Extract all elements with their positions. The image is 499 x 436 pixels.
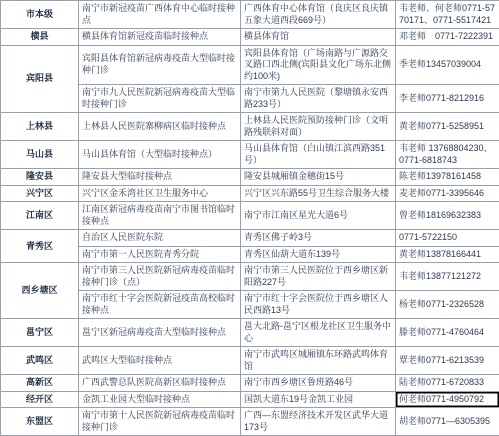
contact-cell: 杨老师0771-2326528 [396, 291, 499, 319]
table-row: 西乡塘区南宁市第三人民医院新冠病毒疫苗临时接种门诊（点）南宁市第三人民医院位于西… [1, 263, 499, 291]
district-cell: 西乡塘区 [1, 263, 79, 319]
table-row: 上林县上林县人民医院寨柳病区临时接种点上林县人民医院预防接种门诊（文明路残联斜对… [1, 113, 499, 141]
table-row: 经开区金凯工业园大型临时接种点国凯大道东19号金凯工业园何老师0771-4950… [1, 391, 499, 408]
site-cell: 南宁市第十人民医院新冠病毒疫苗临时接种门诊 [79, 408, 241, 436]
contact-cell: 季老师13457039004 [396, 45, 499, 85]
table-row: 市本级南宁市新冠疫苗广西体育中心临时接种点广西体育中心体育馆（良庆区良庆镇五象大… [1, 1, 499, 29]
address-cell: 邕大北路-邕宁区根龙社区卫生服务中心 [241, 319, 396, 347]
table-row: 青秀区自治区人民医院东院青秀区佛子岭3号0771-5722150 [1, 230, 499, 247]
sites-table-body: 市本级南宁市新冠疫苗广西体育中心临时接种点广西体育中心体育馆（良庆区良庆镇五象大… [1, 1, 499, 436]
site-cell: 宾阳县体育馆新冠病毒疫苗大型临时接种门诊 [79, 45, 241, 85]
contact-cell: 韦老师、何老师0771-5770171、0771-5517421 [396, 1, 499, 29]
district-cell: 青秀区 [1, 230, 79, 263]
contact-cell: 黄老师0771-5258951 [396, 113, 499, 141]
table-row: 马山县马山县体育馆（大型临时接种点）马山县体育馆（白山镇江滨西路351号）韦老师… [1, 141, 499, 169]
site-cell: 横县体育馆新冠疫苗临时接种点 [79, 29, 241, 46]
address-cell: 青秀区佛子岭3号 [241, 230, 396, 247]
contact-cell: 麦老师0771-3395646 [396, 185, 499, 202]
address-cell: 南宁市第九人民医院（黎塘镇永安西路233号） [241, 85, 396, 113]
contact-cell: 何老师0771-4950792 [396, 391, 499, 408]
address-cell: 南宁市江南区星光大道6号 [241, 202, 396, 230]
site-cell: 隆安县大型临时接种点 [79, 169, 241, 186]
district-cell: 马山县 [1, 141, 79, 169]
site-cell: 武鸣区大型临时接种点 [79, 347, 241, 375]
contact-cell: 李老师0771-8212916 [396, 85, 499, 113]
address-cell: 马山县体育馆（白山镇江滨西路351号） [241, 141, 396, 169]
site-cell: 南宁市新冠疫苗广西体育中心临时接种点 [79, 1, 241, 29]
site-cell: 上林县人民医院寨柳病区临时接种点 [79, 113, 241, 141]
district-cell: 横县 [1, 29, 79, 46]
site-cell: 南宁市第一人民医院青秀分院 [79, 246, 241, 263]
site-cell: 邕宁区新冠病毒疫苗大型临时接种点 [79, 319, 241, 347]
site-cell: 南宁市九人民医院新冠病毒疫苗大型临时接种门诊 [79, 85, 241, 113]
address-cell: 南宁市红十字会医院位于西乡塘区人民西路13号 [241, 291, 396, 319]
contact-cell: 滕老师0771-4760464 [396, 319, 499, 347]
address-cell: 隆安县城厢镇金穗街15号 [241, 169, 396, 186]
contact-cell: 韦老师 13768804230、0771-6818743 [396, 141, 499, 169]
table-row: 武鸣区武鸣区大型临时接种点南宁市武鸣区城厢镇东环路武鸣体育馆覃老师0771-62… [1, 347, 499, 375]
site-cell: 自治区人民医院东院 [79, 230, 241, 247]
district-cell: 兴宁区 [1, 185, 79, 202]
table-row: 隆安县隆安县大型临时接种点隆安县城厢镇金穗街15号陈老师13978161458 [1, 169, 499, 186]
address-cell: 兴宁区兴东路55号卫生综合服务大楼 [241, 185, 396, 202]
address-cell: 广西体育中心体育馆（良庆区良庆镇五象大道西段669号） [241, 1, 396, 29]
contact-cell: 覃老师0771-6213539 [396, 347, 499, 375]
address-cell: 南宁市武鸣区城厢镇东环路武鸣体育馆 [241, 347, 396, 375]
contact-cell: 曾老师18169632383 [396, 202, 499, 230]
table-row: 江南区江南区新冠病毒疫苗南宁市图书馆临时接种点南宁市江南区星光大道6号曾老师18… [1, 202, 499, 230]
address-cell: 青秀区仙葫大道东139号 [241, 246, 396, 263]
site-cell: 兴宁区金禾湾社区卫生服务中心 [79, 185, 241, 202]
vaccination-sites-table: 市本级南宁市新冠疫苗广西体育中心临时接种点广西体育中心体育馆（良庆区良庆镇五象大… [0, 0, 499, 436]
table-row: 邕宁区邕宁区新冠病毒疫苗大型临时接种点邕大北路-邕宁区根龙社区卫生服务中心滕老师… [1, 319, 499, 347]
district-cell: 邕宁区 [1, 319, 79, 347]
district-cell: 经开区 [1, 391, 79, 408]
table-row: 东盟区南宁市第十人民医院新冠病毒疫苗临时接种门诊广西—东盟经济技术开发区武华大道… [1, 408, 499, 436]
district-cell: 市本级 [1, 1, 79, 29]
address-cell: 南宁市西乡塘区鲁班路46号 [241, 375, 396, 392]
table-row: 高新区广西武警总队医院高新区临时接种点南宁市西乡塘区鲁班路46号陆老师0771-… [1, 375, 499, 392]
district-cell: 宾阳县 [1, 45, 79, 113]
site-cell: 南宁市第三人民医院新冠病毒疫苗临时接种门诊（点） [79, 263, 241, 291]
site-cell: 江南区新冠病毒疫苗南宁市图书馆临时接种点 [79, 202, 241, 230]
district-cell: 隆安县 [1, 169, 79, 186]
contact-cell: 邓老师 0771-7222391 [396, 29, 499, 46]
site-cell: 马山县体育馆（大型临时接种点） [79, 141, 241, 169]
district-cell: 东盟区 [1, 408, 79, 436]
address-cell: 上林县人民医院预防接种门诊（文明路残联斜对面） [241, 113, 396, 141]
site-cell: 广西武警总队医院高新区临时接种点 [79, 375, 241, 392]
district-cell: 武鸣区 [1, 347, 79, 375]
contact-cell: 0771-5722150 [396, 230, 499, 247]
table-row: 宾阳县宾阳县体育馆新冠病毒疫苗大型临时接种门诊宾阳县体育馆（广场南路与广源路交叉… [1, 45, 499, 85]
address-cell: 横县体育馆 [241, 29, 396, 46]
district-cell: 江南区 [1, 202, 79, 230]
site-cell: 金凯工业园大型临时接种点 [79, 391, 241, 408]
contact-cell: 陈老师13978161458 [396, 169, 499, 186]
address-cell: 广西—东盟经济技术开发区武华大道173号 [241, 408, 396, 436]
address-cell: 宾阳县体育馆（广场南路与广源路交叉路口西北侧(宾阳县文化广场东北侧约100米) [241, 45, 396, 85]
contact-cell: 黄老师13878166441 [396, 246, 499, 263]
table-row: 横县横县体育馆新冠疫苗临时接种点横县体育馆邓老师 0771-7222391 [1, 29, 499, 46]
address-cell: 国凯大道东19号金凯工业园 [241, 391, 396, 408]
district-cell: 高新区 [1, 375, 79, 392]
site-cell: 南宁市红十字会医院新冠疫苗高校临时接种点 [79, 291, 241, 319]
contact-cell: 陆老师0771-6720833 [396, 375, 499, 392]
address-cell: 南宁市第三人民医院位于西乡塘区新阳路227号 [241, 263, 396, 291]
contact-cell: 韦老师13877121272 [396, 263, 499, 291]
district-cell: 上林县 [1, 113, 79, 141]
table-row: 兴宁区兴宁区金禾湾社区卫生服务中心兴宁区兴东路55号卫生综合服务大楼麦老师077… [1, 185, 499, 202]
contact-cell: 胡老师0771—6305395 [396, 408, 499, 436]
